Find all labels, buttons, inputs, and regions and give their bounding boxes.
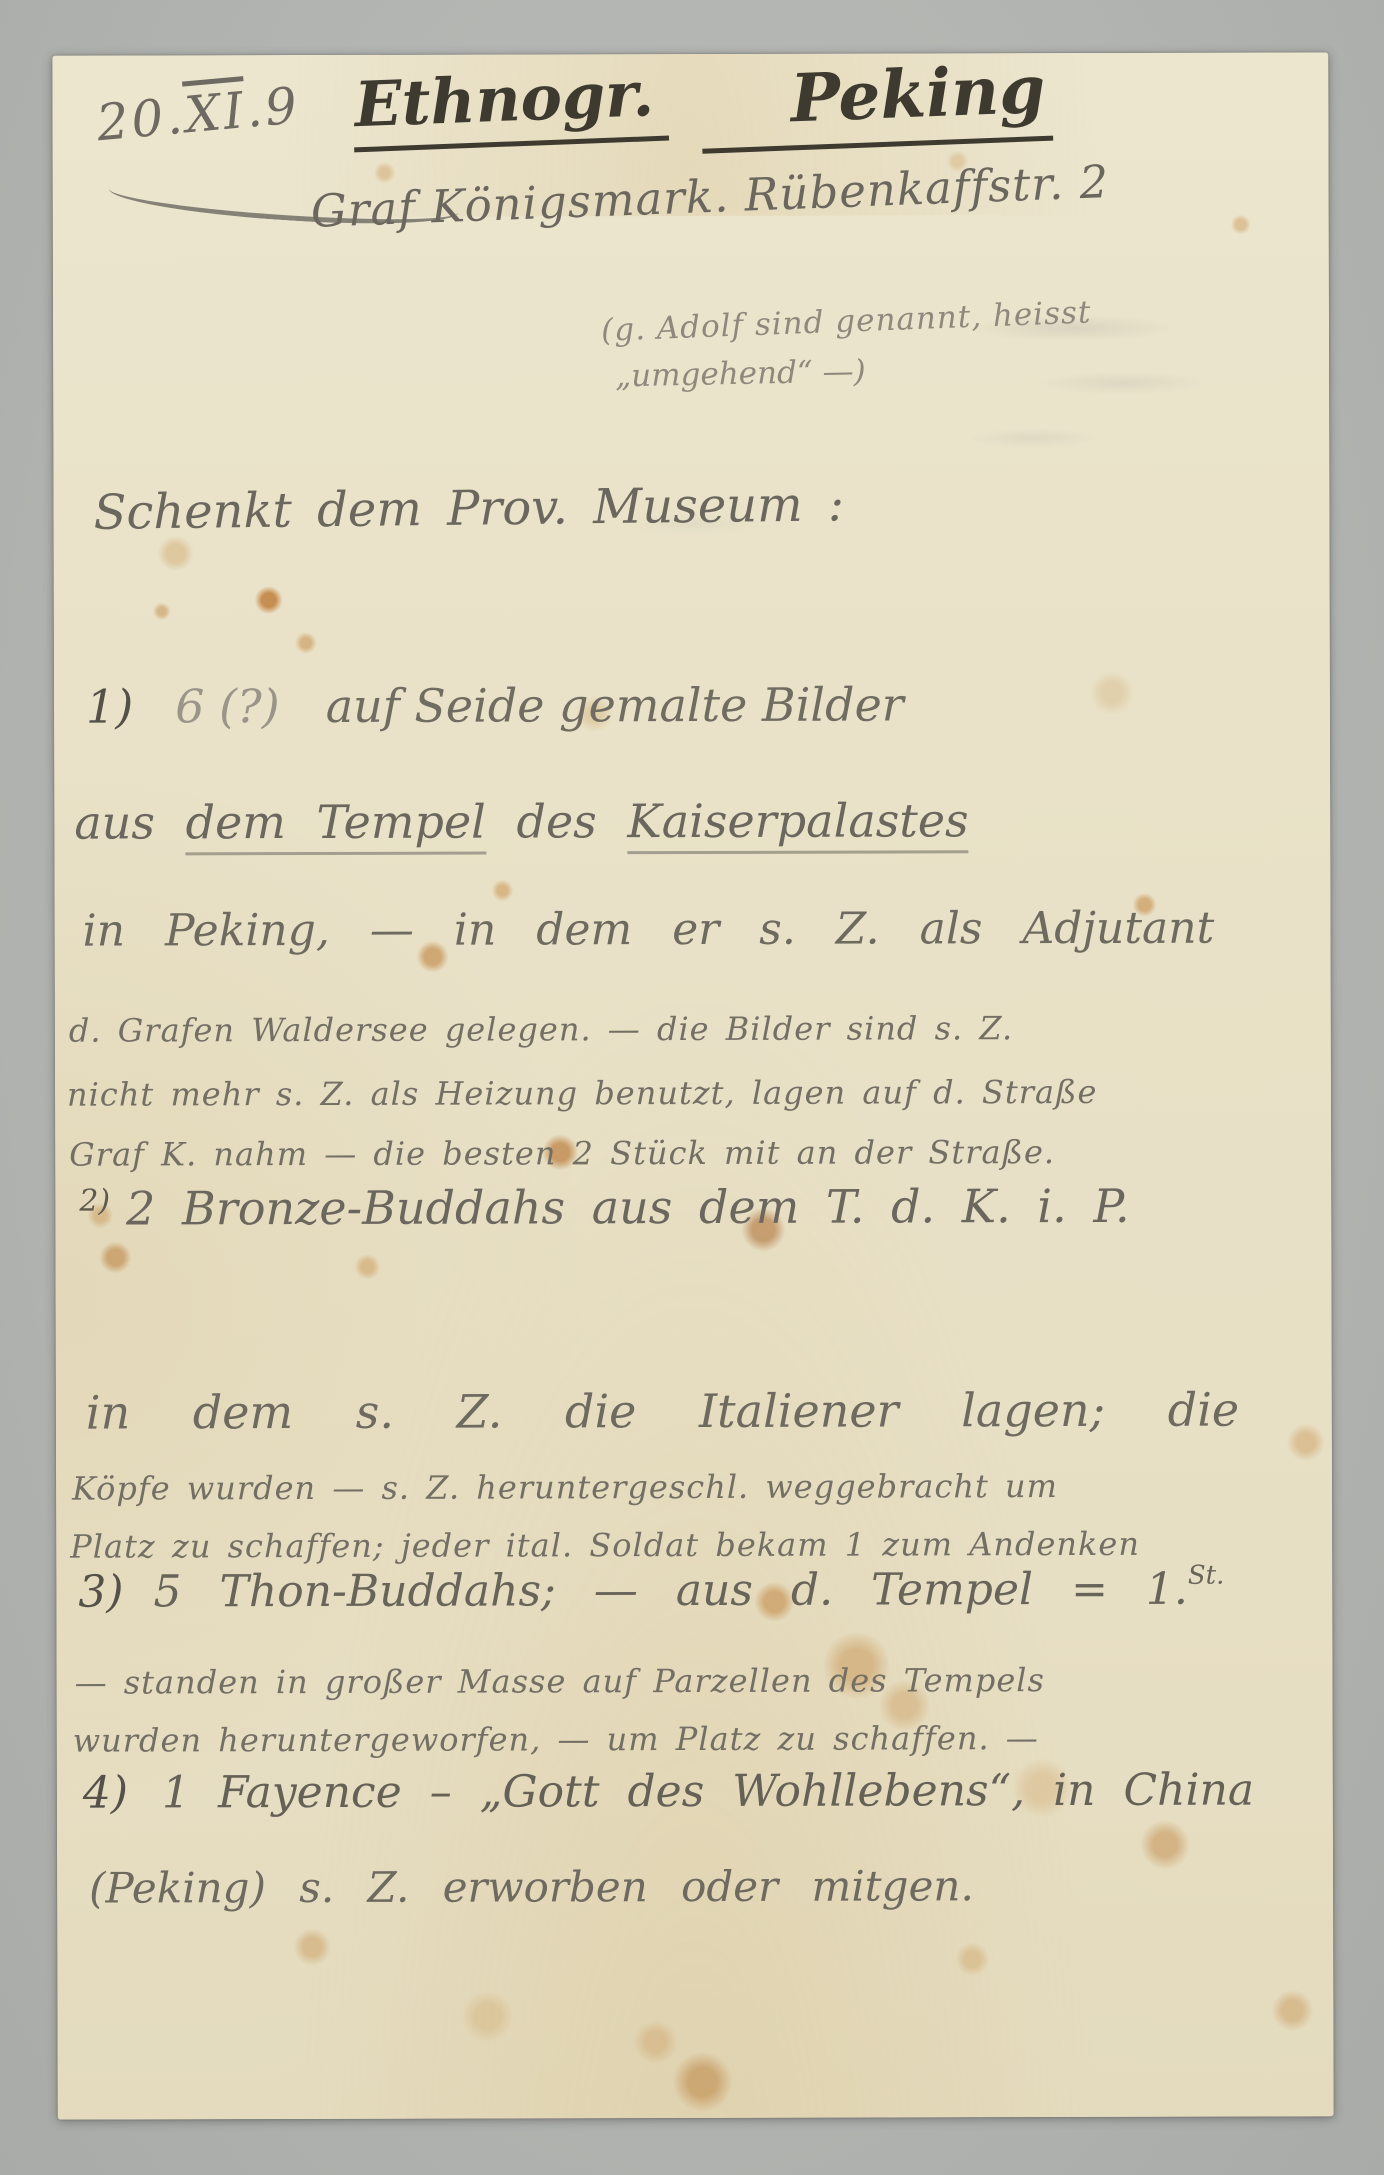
item-3-detail-1: — standen in großer Masse auf Parzellen … [75, 1661, 1045, 1702]
date: 20.XI.9 [94, 76, 302, 152]
date-year: .9 [244, 76, 303, 139]
item-2-detail-1: Köpfe wurden — s. Z. heruntergeschl. weg… [72, 1467, 1058, 1508]
item-3-number: 3) [78, 1566, 123, 1617]
paper-sheet: 20.XI.9 Ethnogr. Peking Graf Königsmark.… [52, 52, 1333, 2119]
item-1-underlined-kaiserpalastes: Kaiserpalastes [627, 793, 968, 854]
item-4-text: 1 Fayence – „Gott des Wohllebens“, in Ch… [162, 1765, 1254, 1819]
item-2-line-1: 2)2 Bronze-Buddahs aus dem T. d. K. i. P… [79, 1179, 1129, 1236]
item-1-line-1: 1)6 (?)auf Seide gemalte Bilder [86, 677, 904, 733]
item-3-line-1: 3)5 Thon-Buddahs; — aus d. Tempel = 1.St… [78, 1561, 1224, 1618]
item-2-number: 2) [79, 1184, 110, 1219]
item-1-detail-2: nicht mehr s. Z. als Heizung benutzt, la… [67, 1073, 1097, 1114]
address-note-line-1: (g. Adolf sind genannt, heisst [600, 294, 1092, 348]
item-1-number: 1) [86, 679, 133, 733]
item-1-line-2-pre: aus [74, 795, 185, 849]
item-1-line-2: aus dem Tempel des Kaiserpalastes [74, 793, 968, 849]
place-heading: Peking [739, 50, 1053, 140]
item-4-number: 4) [83, 1767, 128, 1818]
item-1-text: auf Seide gemalte Bilder [326, 677, 904, 733]
item-2-text: 2 Bronze-Buddahs aus dem T. d. K. i. P. [126, 1179, 1130, 1236]
subject-heading-text: Ethnogr. [351, 57, 669, 153]
item-1-detail-3: Graf K. nahm — die besten 2 Stück mit an… [69, 1133, 1055, 1174]
item-1-quantity: 6 (?) [175, 679, 280, 733]
item-1-detail-1: d. Grafen Waldersee gelegen. — die Bilde… [69, 1009, 1013, 1049]
item-3-detail-2: wurden heruntergeworfen, — um Platz zu s… [73, 1719, 1039, 1760]
subject-heading: Ethnogr. [351, 57, 669, 142]
place-heading-text: Peking [699, 50, 1053, 154]
item-1-underlined-dem-tempel: dem Tempel [186, 795, 486, 856]
address-line: Graf Königsmark. Rübenkaffstr. 2 [310, 155, 1110, 238]
item-3-superscript: St. [1188, 1561, 1225, 1591]
date-month-roman: XI [182, 81, 248, 144]
scan-background: 20.XI.9 Ethnogr. Peking Graf Königsmark.… [0, 0, 1384, 2175]
item-1-line-3: in Peking, — in dem er s. Z. als Adjutan… [83, 903, 1215, 957]
item-2-detail-2: Platz zu schaffen; jeder ital. Soldat be… [70, 1525, 1140, 1566]
item-1-line-2-mid: des [486, 794, 628, 848]
address-note-line-2: „umgehend“ —) [615, 353, 866, 394]
date-day: 20. [94, 87, 187, 153]
salutation-line: Schenkt dem Prov. Museum : [93, 476, 844, 541]
item-2-line-2: in dem s. Z. die Italiener lagen; die [86, 1383, 1239, 1440]
item-4-line-1: 4)1 Fayence – „Gott des Wohllebens“, in … [83, 1765, 1254, 1819]
item-3-text: 5 Thon-Buddahs; — aus d. Tempel = 1. [153, 1564, 1188, 1618]
item-4-line-2: (Peking) s. Z. erworben oder mitgen. [89, 1861, 974, 1912]
